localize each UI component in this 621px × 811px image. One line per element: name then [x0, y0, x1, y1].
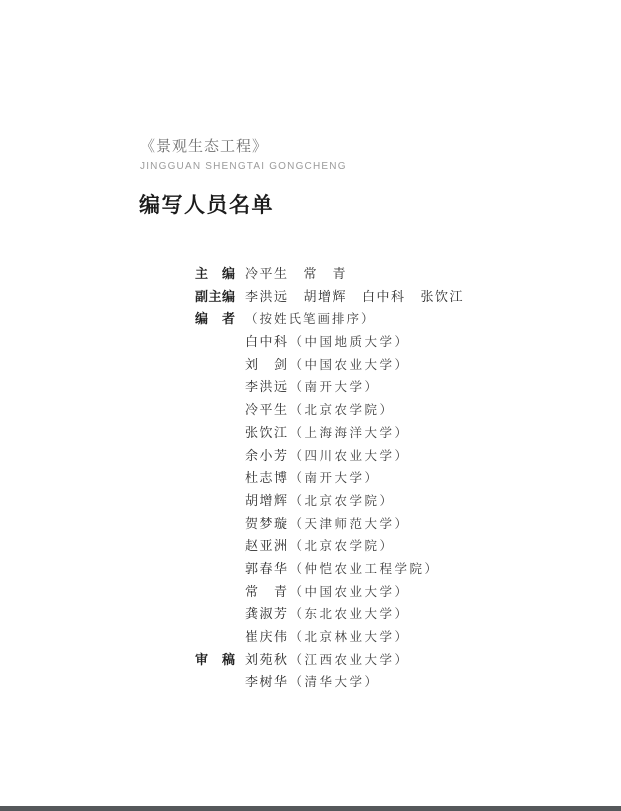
role-label-reviewers: 审 稿 — [195, 649, 245, 672]
person-affiliation: （清华大学） — [290, 671, 380, 694]
editor-row: 张饮江 （上海海洋大学） — [195, 422, 575, 445]
person-name: 崔庆伟 — [245, 626, 289, 649]
book-header: 《景观生态工程》 JINGGUAN SHENGTAI GONGCHENG — [140, 138, 347, 173]
deputy-chief-editor-row: 副主编 李洪远 胡增辉 白中科 张饮江 — [195, 286, 575, 309]
person-name: 赵亚洲 — [245, 535, 289, 558]
person-affiliation: （中国地质大学） — [290, 331, 410, 354]
editor-row: 李洪远 （南开大学） — [195, 376, 575, 399]
person-affiliation: （四川农业大学） — [290, 445, 410, 468]
editor-row: 常 青 （中国农业大学） — [195, 581, 575, 604]
person-name: 张饮江 — [245, 422, 289, 445]
person-affiliation: （北京农学院） — [290, 490, 395, 513]
editors-sort-note: （按姓氏笔画排序） — [245, 308, 376, 331]
editor-row: 龚淑芳 （东北农业大学） — [195, 603, 575, 626]
editor-row: 胡增辉 （北京农学院） — [195, 490, 575, 513]
person-name: 张饮江 — [421, 286, 465, 309]
editor-row: 杜志博 （南开大学） — [195, 467, 575, 490]
book-title-pinyin: JINGGUAN SHENGTAI GONGCHENG — [140, 161, 347, 173]
person-name: 胡增辉 — [245, 490, 289, 513]
person-affiliation: （北京林业大学） — [290, 626, 410, 649]
person-name: 余小芳 — [245, 445, 289, 468]
person-affiliation: （南开大学） — [290, 376, 380, 399]
person-name: 杜志博 — [245, 467, 289, 490]
person-affiliation: （中国农业大学） — [290, 581, 410, 604]
book-title: 《景观生态工程》 — [140, 138, 347, 156]
person-name: 常 青 — [245, 581, 289, 604]
credits-list: 主 编 冷平生 常 青 副主编 李洪远 胡增辉 白中科 张饮江 编 者 （按姓氏… — [195, 263, 575, 694]
editor-row: 白中科 （中国地质大学） — [195, 331, 575, 354]
person-affiliation: （江西农业大学） — [290, 649, 410, 672]
person-affiliation: （中国农业大学） — [290, 354, 410, 377]
person-affiliation: （北京农学院） — [290, 535, 395, 558]
person-affiliation: （东北农业大学） — [290, 603, 410, 626]
page-bottom-edge-bar — [0, 806, 621, 811]
page-heading: 编写人员名单 — [139, 194, 274, 218]
editor-row: 贺梦璇 （天津师范大学） — [195, 513, 575, 536]
person-name: 冷平生 — [245, 263, 289, 286]
book-credits-page: 《景观生态工程》 JINGGUAN SHENGTAI GONGCHENG 编写人… — [0, 0, 621, 811]
role-label-chief-editor: 主 编 — [195, 263, 245, 286]
reviewer-row: 审 稿 刘苑秋 （江西农业大学） — [195, 649, 575, 672]
role-label-deputy-chief-editor: 副主编 — [195, 286, 245, 309]
person-name: 李洪远 — [245, 376, 289, 399]
editor-row: 郭春华 （仲恺农业工程学院） — [195, 558, 575, 581]
person-name: 贺梦璇 — [245, 513, 289, 536]
chief-editor-row: 主 编 冷平生 常 青 — [195, 263, 575, 286]
reviewer-row: 李树华 （清华大学） — [195, 671, 575, 694]
person-name: 胡增辉 — [304, 286, 348, 309]
person-name: 李洪远 — [245, 286, 289, 309]
person-affiliation: （仲恺农业工程学院） — [290, 558, 440, 581]
person-name: 刘 剑 — [245, 354, 289, 377]
editor-row: 冷平生 （北京农学院） — [195, 399, 575, 422]
editor-row: 余小芳 （四川农业大学） — [195, 445, 575, 468]
editor-row: 刘 剑 （中国农业大学） — [195, 354, 575, 377]
editors-header-row: 编 者 （按姓氏笔画排序） — [195, 308, 575, 331]
person-affiliation: （南开大学） — [290, 467, 380, 490]
editor-row: 赵亚洲 （北京农学院） — [195, 535, 575, 558]
person-name: 龚淑芳 — [245, 603, 289, 626]
person-name: 白中科 — [362, 286, 406, 309]
person-name: 白中科 — [245, 331, 289, 354]
role-label-editors: 编 者 — [195, 308, 245, 331]
person-name: 李树华 — [245, 671, 289, 694]
person-name: 冷平生 — [245, 399, 289, 422]
person-affiliation: （上海海洋大学） — [290, 422, 410, 445]
person-name: 郭春华 — [245, 558, 289, 581]
person-name: 刘苑秋 — [245, 649, 289, 672]
editor-row: 崔庆伟 （北京林业大学） — [195, 626, 575, 649]
person-affiliation: （天津师范大学） — [290, 513, 410, 536]
person-name: 常 青 — [304, 263, 348, 286]
person-affiliation: （北京农学院） — [290, 399, 395, 422]
